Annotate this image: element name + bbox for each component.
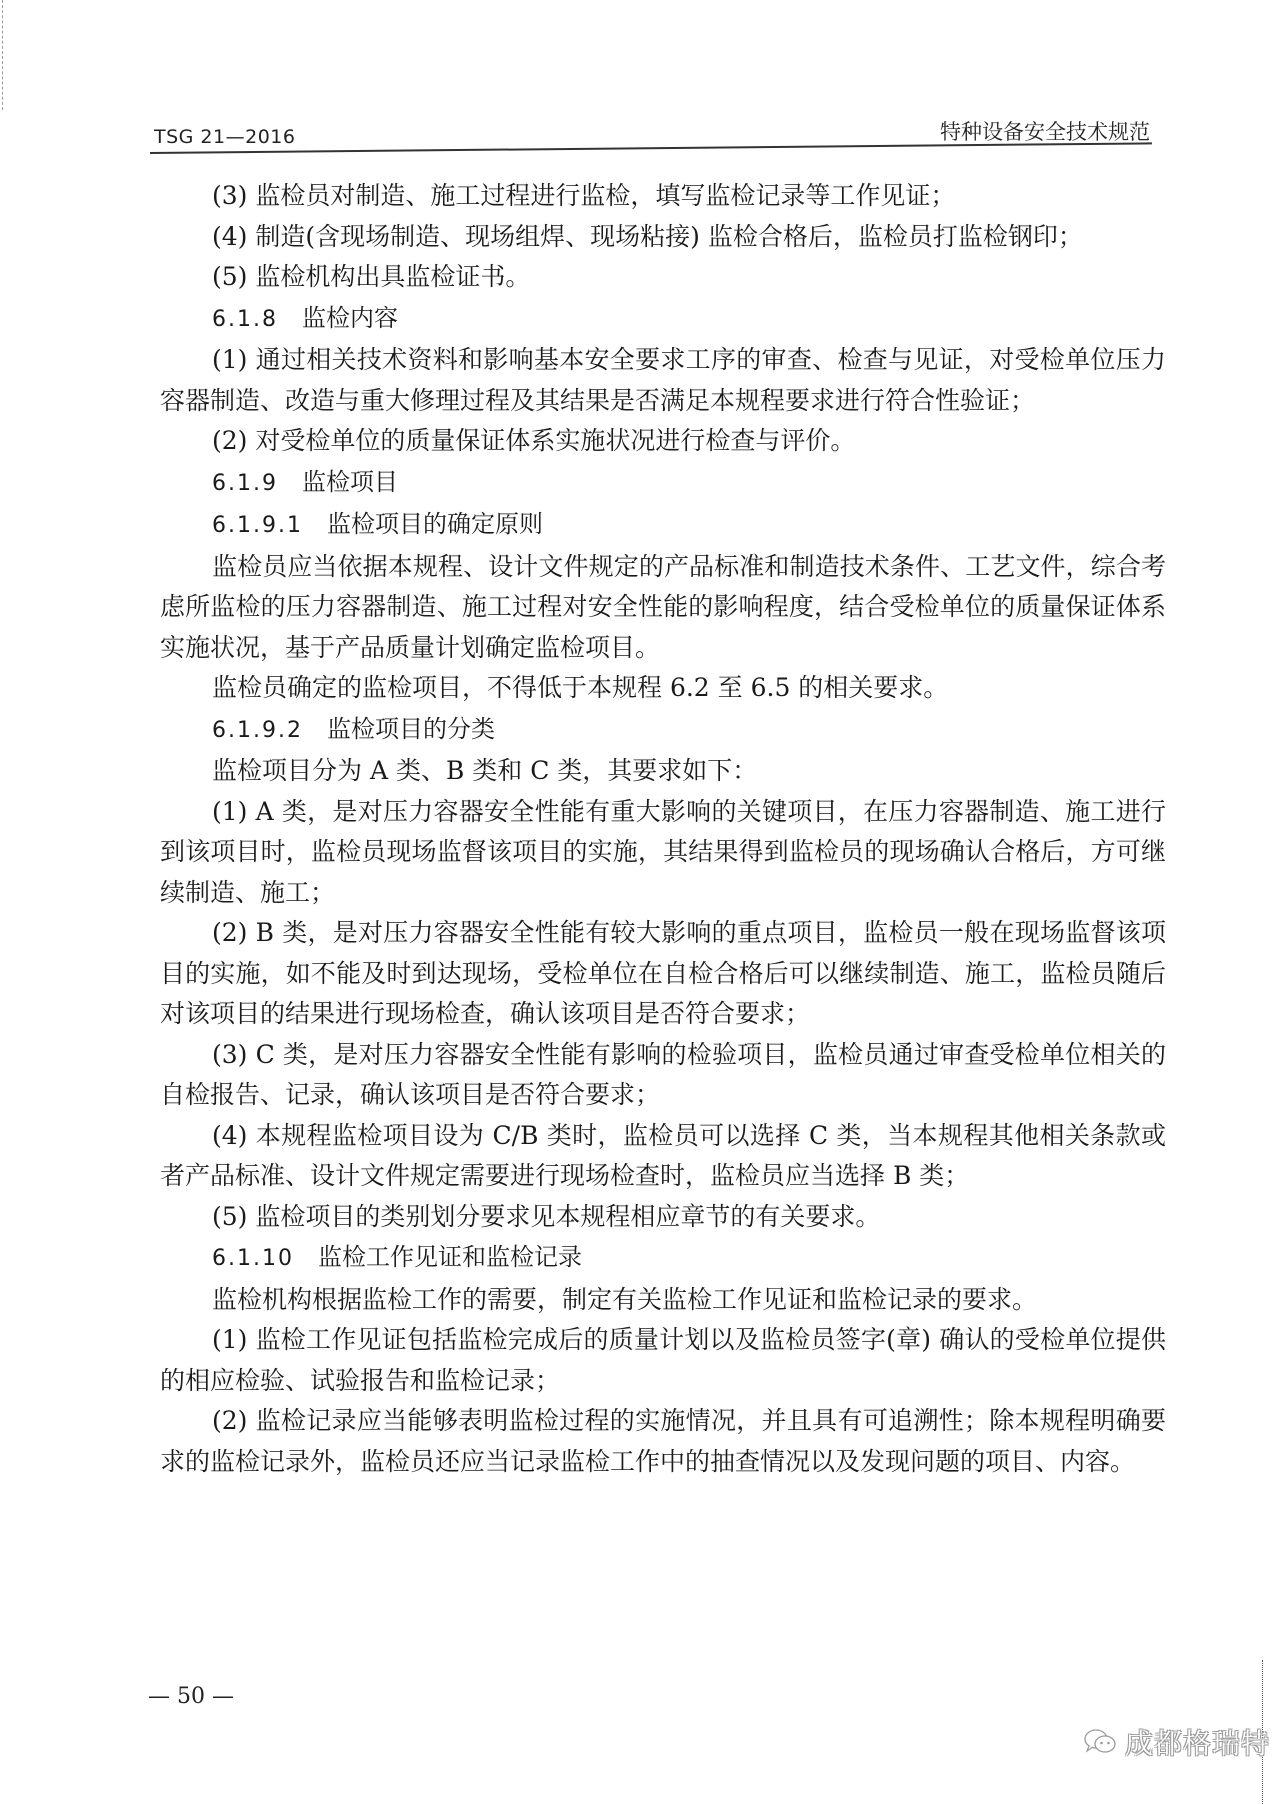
list-item: (1) A 类，是对压力容器安全性能有重大影响的关键项目，在压力容器制造、施工进…	[160, 792, 1166, 914]
list-item: (1) 监检工作见证包括监检完成后的质量计划以及监检员签字(章) 确认的受检单位…	[160, 1320, 1166, 1401]
wechat-icon	[1083, 1727, 1117, 1757]
section-heading-6-1-9-2: 6.1.9.2监检项目的分类	[160, 709, 1166, 752]
section-number: 6.1.9	[212, 464, 278, 505]
list-item: (4) 本规程监检项目设为 C/B 类时，监检员可以选择 C 类，当本规程其他相…	[160, 1116, 1166, 1197]
standard-code: TSG 21—2016	[154, 126, 295, 148]
section-heading-6-1-10: 6.1.10监检工作见证和监检记录	[160, 1237, 1166, 1280]
section-title: 监检项目	[302, 468, 398, 496]
list-item: (2) 对受检单位的质量保证体系实施状况进行检查与评价。	[160, 421, 1166, 462]
section-number: 6.1.9.1	[212, 506, 303, 547]
header-divider	[150, 142, 1152, 154]
list-item: (5) 监检机构出具监检证书。	[160, 257, 1166, 298]
paragraph: 监检机构根据监检工作的需要，制定有关监检工作见证和监检记录的要求。	[160, 1280, 1166, 1321]
section-title: 监检内容	[302, 304, 398, 332]
list-item: (3) 监检员对制造、施工过程进行监检，填写监检记录等工作见证；	[160, 176, 1166, 217]
list-item: (5) 监检项目的类别划分要求见本规程相应章节的有关要求。	[160, 1197, 1166, 1238]
section-title: 监检工作见证和监检记录	[318, 1243, 582, 1271]
section-number: 6.1.10	[212, 1239, 294, 1280]
page-number: — 50 —	[148, 1684, 234, 1709]
paragraph: 监检项目分为 A 类、B 类和 C 类，其要求如下：	[160, 751, 1166, 792]
section-title: 监检项目的分类	[327, 715, 495, 743]
list-item: (2) 监检记录应当能够表明监检过程的实施情况，并且具有可追溯性；除本规程明确要…	[160, 1401, 1166, 1482]
list-item: (4) 制造(含现场制造、现场组焊、现场粘接) 监检合格后，监检员打监检钢印；	[160, 217, 1166, 258]
watermark-text: 成都格瑞特	[1125, 1722, 1270, 1762]
page-header: TSG 21—2016 特种设备安全技术规范	[150, 120, 1152, 154]
list-item: (3) C 类，是对压力容器安全性能有影响的检验项目，监检员通过审查受检单位相关…	[160, 1035, 1166, 1116]
document-series-title: 特种设备安全技术规范	[940, 116, 1150, 146]
watermark: 成都格瑞特	[1083, 1722, 1270, 1762]
paragraph: 监检员确定的监检项目，不得低于本规程 6.2 至 6.5 的相关要求。	[160, 668, 1166, 709]
section-heading-6-1-9: 6.1.9监检项目	[160, 462, 1166, 505]
list-item: (2) B 类，是对压力容器安全性能有较大影响的重点项目，监检员一般在现场监督该…	[160, 913, 1166, 1035]
scan-edge-mark	[2, 0, 3, 110]
section-heading-6-1-9-1: 6.1.9.1监检项目的确定原则	[160, 504, 1166, 547]
section-heading-6-1-8: 6.1.8监检内容	[160, 298, 1166, 341]
page-body: (3) 监检员对制造、施工过程进行监检，填写监检记录等工作见证； (4) 制造(…	[160, 176, 1166, 1482]
section-number: 6.1.9.2	[212, 711, 303, 752]
list-item: (1) 通过相关技术资料和影响基本安全要求工序的审查、检查与见证，对受检单位压力…	[160, 340, 1166, 421]
paragraph: 监检员应当依据本规程、设计文件规定的产品标准和制造技术条件、工艺文件，综合考虑所…	[160, 547, 1166, 669]
section-title: 监检项目的确定原则	[327, 510, 543, 538]
section-number: 6.1.8	[212, 300, 278, 341]
